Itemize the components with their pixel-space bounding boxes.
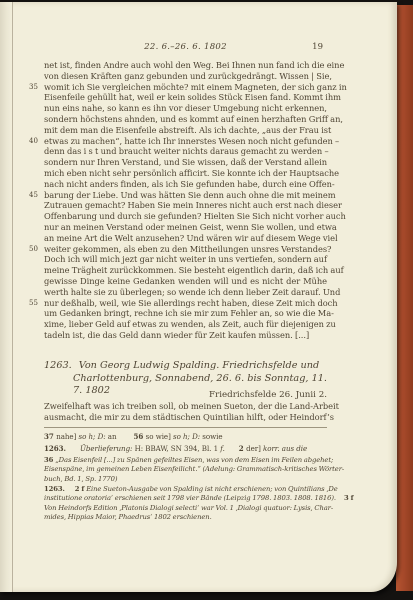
letter-number: 1263.: [44, 360, 72, 371]
letter-heading-text: Von Georg Ludwig Spalding. Friedrichsfel…: [79, 360, 320, 371]
text-line: sondern nur Ihren Verstand, und Sie wiss…: [44, 157, 327, 168]
footnote-line: 1263.Überlieferung: H: BBAW, SN 394, Bl.…: [44, 443, 327, 455]
text-line: Doch ich will mich jezt gar nicht weiter…: [44, 254, 327, 265]
footnote-segment: sowie: [202, 432, 222, 441]
footnote-segment: 1263.: [44, 444, 66, 453]
footnote-line: 36 „Das Eisenfeil [...] zu Spänen gefeil…: [44, 456, 327, 465]
footnote-segment: so wie]: [146, 432, 173, 441]
footnote-line: buch, Bd. 1, Sp. 1770): [44, 475, 327, 484]
text-line: nur an meinen Verstand oder meinen Geist…: [44, 222, 327, 233]
text-line: tadeln ist, die das Geld dann wieder für…: [44, 330, 327, 341]
commentary-note-1263: 1263.2 f Eine Sueton-Ausgabe von Spaldin…: [44, 485, 327, 523]
text-line: xime, lieber Geld auf etwas zu wenden, a…: [44, 319, 327, 330]
letter-1262-text: net ist, finden Andre auch wohl den Weg.…: [44, 60, 327, 341]
margin-line-number: 40: [29, 136, 42, 147]
text-line: 50weiter gekommen, als eben zu den Mitth…: [44, 244, 327, 255]
margin-line-number: 50: [29, 244, 42, 255]
footnote-segment: Eisenspäne, im gemeinen Leben Eisenfeili…: [44, 465, 344, 473]
text-line: 55nur deßhalb, weil, wie Sie allerdings …: [44, 298, 327, 309]
footnote-line: Eisenspäne, im gemeinen Leben Eisenfeili…: [44, 465, 327, 474]
page-gutter-shadow: [0, 2, 13, 592]
footnote-segment: Von Heindorfs Edition ‚Platonis Dialogi …: [44, 504, 333, 512]
book-cover-edge: [396, 5, 413, 591]
footnote-segment: 3 f: [344, 494, 353, 502]
commentary-note-36: 36 „Das Eisenfeil [...] zu Spänen gefeil…: [44, 456, 327, 484]
text-line: sondern höchstens ahnden, und es kommt a…: [44, 114, 327, 125]
text-line: Eisenfeile gehüllt hat, weil er kein sol…: [44, 92, 327, 103]
footnote-segment: so h; D:: [173, 432, 202, 441]
footnote-segment: an: [108, 432, 117, 441]
footnote-segment: der]: [246, 444, 263, 453]
text-line: werth halte sie zu überlegen; so wende i…: [44, 287, 327, 298]
text-line: an meine Art die Welt anzusehen? Und wär…: [44, 233, 327, 244]
text-line: gewisse Dinge keine Gedanken wenden will…: [44, 276, 327, 287]
footnote-segment: H: BBAW, SN 394, Bl. 1: [135, 444, 221, 453]
footnote-segment: 56: [133, 432, 145, 441]
text-line: 40etwas zu machen“, hatte ich Ihr inners…: [44, 136, 327, 147]
footnote-segment: „Das Eisenfeil [...] zu Spänen gefeiltes…: [55, 456, 333, 464]
footnote-line: mides, Hippias Maior, Phaedrus‘ 1802 ers…: [44, 513, 327, 522]
book-page: 22. 6.–26. 6. 1802 19 net ist, finden An…: [0, 2, 397, 592]
text-line: meine Trägheit zurückkommen. Sie besteht…: [44, 265, 327, 276]
footnote-line: 37 nahe] so h; D: an56 so wie] so h; D: …: [44, 431, 327, 443]
text-line: mit dem man die Eisenfeile abstreift. Al…: [44, 125, 327, 136]
text-line: net ist, finden Andre auch wohl den Weg.…: [44, 60, 327, 71]
footnote-segment: 1263.: [44, 485, 65, 493]
footnote-line: Von Heindorfs Edition ‚Platonis Dialogi …: [44, 504, 327, 513]
text-line: ausmacht, die mir zu dem städtischen Qui…: [44, 412, 327, 423]
footnote-segment: nahe]: [56, 432, 78, 441]
text-line: mich eben nicht sehr persönlich afficirt…: [44, 168, 327, 179]
footnote-segment: 37: [44, 432, 56, 441]
photo-of-book-page: { "colors":{"page_bg":"#f2eedb","ink":"#…: [0, 0, 413, 600]
footnote-segment: so h; D:: [79, 432, 108, 441]
footnote-segment: 2: [239, 444, 246, 453]
margin-line-number: 45: [29, 190, 42, 201]
letter-dateline: Friedrichsfelde 26. Junii 2.: [44, 390, 327, 400]
margin-line-number: 35: [29, 82, 42, 93]
footnote-segment: mides, Hippias Maior, Phaedrus‘ 1802 ers…: [44, 513, 212, 521]
footnote-segment: f.: [220, 444, 225, 453]
critical-apparatus: 37 nahe] so h; D: an56 so wie] so h; D: …: [44, 431, 327, 454]
footnote-separator-rule: [44, 427, 327, 428]
footnote-segment: 2 f: [75, 485, 86, 493]
footnote-line: institutione oratoria‘ erschienen seit 1…: [44, 494, 327, 503]
text-line: nach nicht anders finden, als ich Sie ge…: [44, 179, 327, 190]
text-line: Zweifelhaft was ich treiben soll, ob mei…: [44, 401, 327, 412]
footnote-segment: buch, Bd. 1, Sp. 1770): [44, 475, 117, 483]
text-line: nun eins nahe, so kann es ihn vor dieser…: [44, 103, 327, 114]
footnote-segment: Eine Sueton-Ausgabe von Spalding ist nic…: [86, 485, 337, 493]
text-line: 35womit ich Sie vergleichen möchte? mit …: [44, 82, 327, 93]
text-line: von diesen Kräften ganz gebunden und zur…: [44, 71, 327, 82]
footnote-segment: korr. aus die: [263, 444, 307, 453]
letter-1263-text: Zweifelhaft was ich treiben soll, ob mei…: [44, 401, 327, 423]
running-header-date: 22. 6.–26. 6. 1802: [44, 42, 327, 52]
text-line: 45barung der Liebe. Und was hätten Sie d…: [44, 190, 327, 201]
text-line: denn das i s t und braucht weiter nichts…: [44, 146, 327, 157]
page-number: 19: [312, 42, 323, 52]
footnote-segment: institutione oratoria‘ erschienen seit 1…: [44, 494, 336, 502]
footnote-segment: Überlieferung:: [80, 444, 135, 453]
footnote-segment: 36: [44, 456, 55, 464]
text-line: Offenbarung und durch sie gefunden? Hiel…: [44, 211, 327, 222]
footnote-line: 1263.2 f Eine Sueton-Ausgabe von Spaldin…: [44, 485, 327, 494]
text-line: Zutrauen gemacht? Haben Sie mein Inneres…: [44, 200, 327, 211]
heading-line-1: 1263.Von Georg Ludwig Spalding. Friedric…: [44, 360, 327, 373]
margin-line-number: 55: [29, 298, 42, 309]
text-line: um Gedanken bringt, rechne ich sie mir z…: [44, 308, 327, 319]
